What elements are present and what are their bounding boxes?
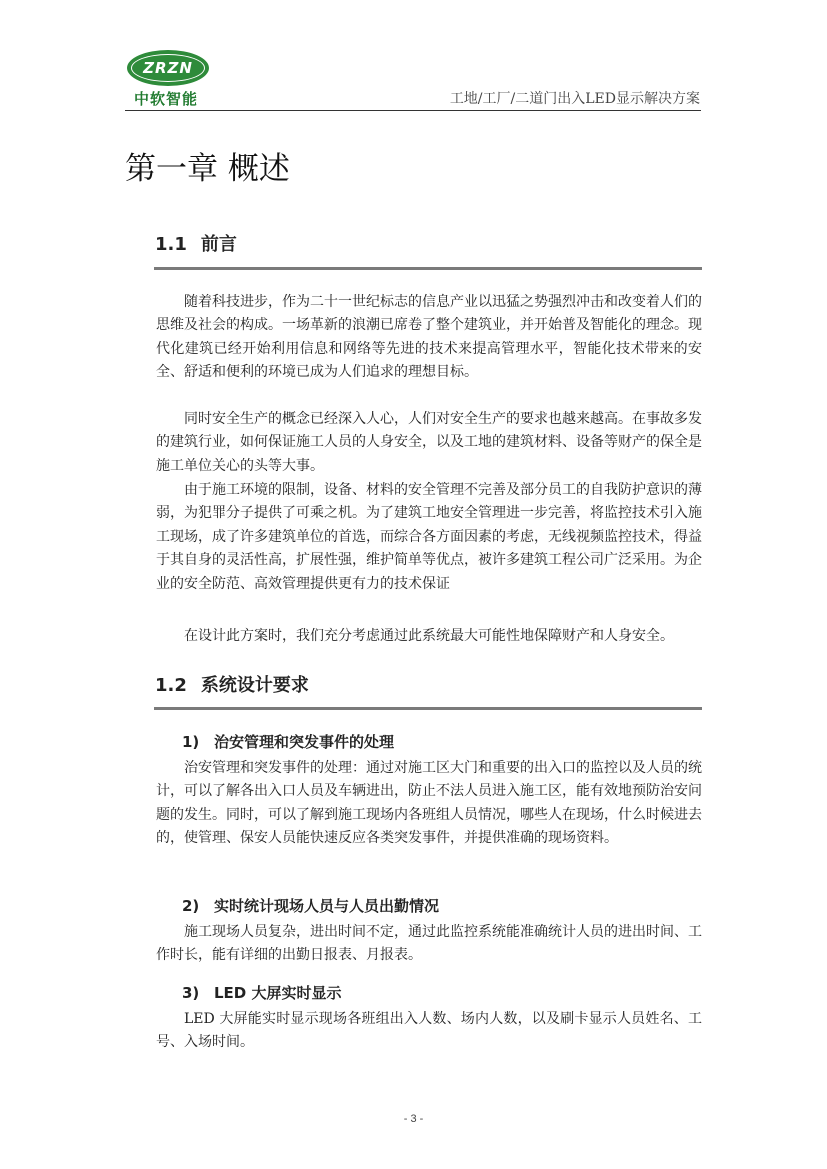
paragraph: 随着科技进步，作为二十一世纪标志的信息产业以迅猛之势强烈冲击和改变着人们的思维及… [156, 291, 702, 385]
section-heading-1-1: 1.1前言 [155, 230, 237, 256]
paragraph: LED 大屏能实时显示现场各班组出入人数、场内人数，以及刷卡显示人员姓名、工号、… [156, 1008, 702, 1055]
item-number: 2) [182, 897, 214, 915]
item-title: 实时统计现场人员与人员出勤情况 [214, 897, 439, 915]
chapter-title: 第一章 概述 [125, 143, 290, 188]
section-title: 前言 [201, 234, 237, 255]
section-divider [154, 707, 702, 710]
header-divider [125, 110, 701, 111]
logo-company-name: 中软智能 [134, 88, 198, 109]
subheading-2: 2)实时统计现场人员与人员出勤情况 [182, 895, 439, 916]
company-logo: ZRZN 中软智能 [127, 50, 211, 108]
paragraph: 在设计此方案时，我们充分考虑通过此系统最大可能性地保障财产和人身安全。 [156, 625, 702, 648]
logo-text: ZRZN [131, 54, 205, 82]
subheading-3: 3)LED 大屏实时显示 [182, 982, 341, 1003]
item-number: 1) [182, 733, 214, 751]
paragraph: 治安管理和突发事件的处理：通过对施工区大门和重要的出入口的监控以及人员的统计，可… [156, 757, 702, 851]
document-header-title: 工地/工厂/二道门出入LED显示解决方案 [450, 88, 700, 108]
item-number: 3) [182, 984, 214, 1002]
paragraph: 由于施工环境的限制，设备、材料的安全管理不完善及部分员工的自我防护意识的薄弱，为… [156, 479, 702, 596]
logo-oval: ZRZN [127, 50, 209, 86]
subheading-1: 1)治安管理和突发事件的处理 [182, 731, 394, 752]
page-number: - 3 - [0, 1113, 827, 1125]
item-title: 治安管理和突发事件的处理 [214, 733, 394, 751]
section-divider [154, 267, 702, 270]
paragraph: 施工现场人员复杂，进出时间不定，通过此监控系统能准确统计人员的进出时间、工作时长… [156, 921, 702, 968]
section-number: 1.1 [155, 234, 187, 255]
section-heading-1-2: 1.2系统设计要求 [155, 671, 309, 697]
section-title: 系统设计要求 [201, 675, 309, 696]
section-number: 1.2 [155, 675, 187, 696]
paragraph: 同时安全生产的概念已经深入人心，人们对安全生产的要求也越来越高。在事故多发的建筑… [156, 408, 702, 478]
item-title: LED 大屏实时显示 [214, 984, 341, 1002]
